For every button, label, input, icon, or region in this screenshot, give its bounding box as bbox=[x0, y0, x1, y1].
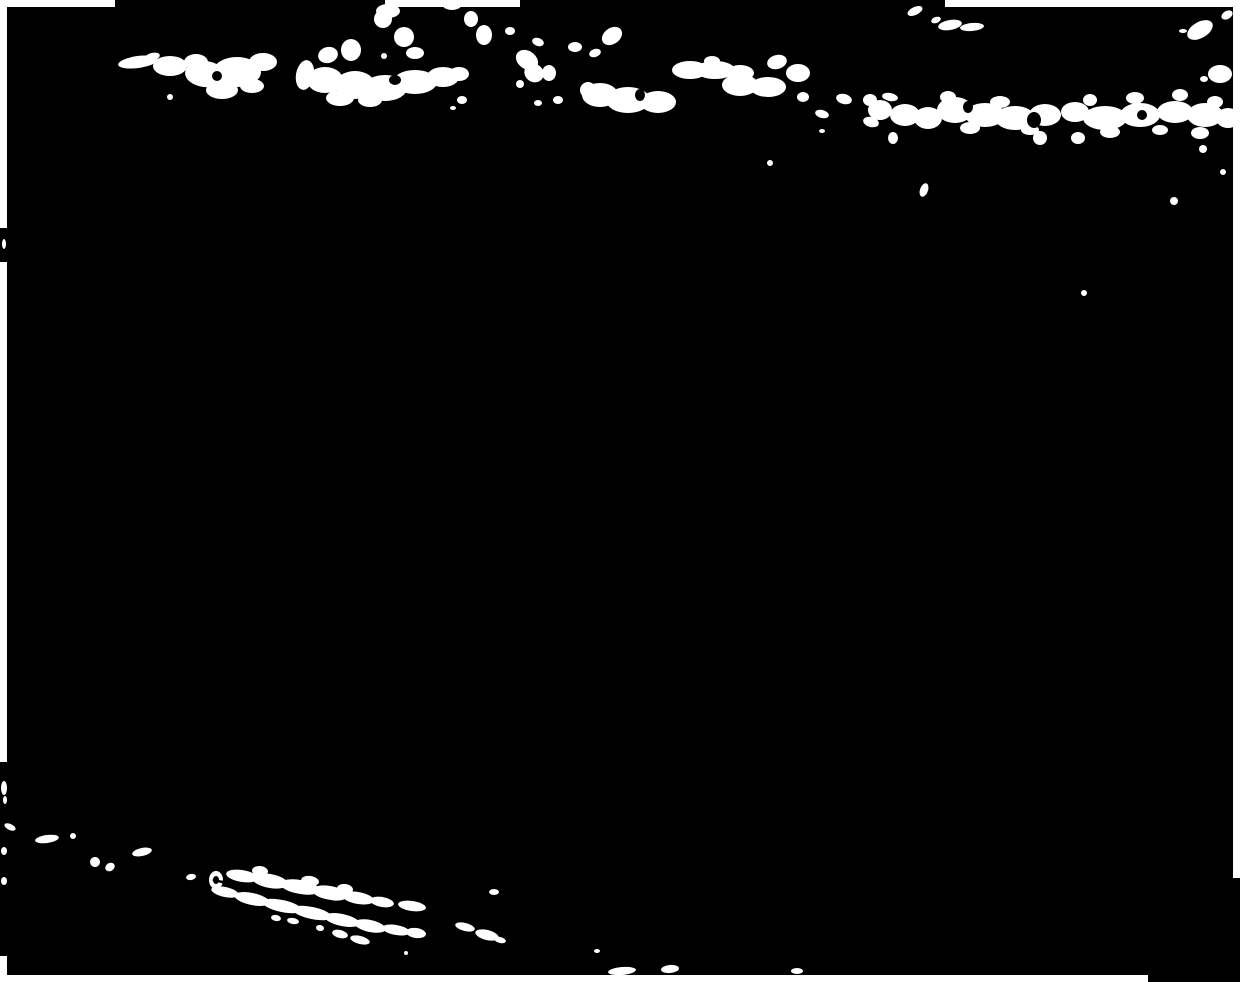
mask-blob-top-cloud-band bbox=[1179, 29, 1187, 33]
mask-hole bbox=[963, 101, 973, 113]
mask-blob-top-cloud-band bbox=[240, 79, 264, 93]
mask-blob-bottom-left-streaks bbox=[70, 833, 76, 839]
mask-hole bbox=[1027, 112, 1041, 128]
mask-blob-top-cloud-band bbox=[153, 56, 187, 76]
mask-blob-bottom-left-streaks bbox=[489, 889, 499, 895]
mask-blob-top-cloud-band bbox=[819, 129, 825, 133]
mask-blob-top-cloud-band bbox=[449, 67, 469, 81]
mask-blob-top-cloud-band bbox=[457, 96, 467, 104]
binary-mask-image bbox=[0, 0, 1240, 982]
mask-blob-top-cloud-band bbox=[1172, 89, 1188, 101]
mask-blob-left-edge-ticks bbox=[3, 796, 7, 804]
mask-blob-top-cloud-band bbox=[1208, 65, 1232, 83]
mask-hole bbox=[212, 71, 222, 81]
mask-blob-top-cloud-band bbox=[797, 92, 809, 102]
mask-blob-top-cloud-band bbox=[1216, 108, 1240, 128]
mask-blob-isolated-dots bbox=[1081, 290, 1087, 296]
mask-blob-top-cloud-band bbox=[358, 93, 382, 107]
mask-blob-top-cloud-band bbox=[394, 27, 414, 47]
border-gap bbox=[520, 0, 945, 8]
mask-blob-top-cloud-band bbox=[960, 122, 980, 134]
mask-blob-top-cloud-band bbox=[542, 65, 556, 81]
mask-blob-top-cloud-band bbox=[1200, 76, 1208, 82]
mask-blob-top-cloud-band bbox=[704, 56, 720, 66]
mask-blob-top-cloud-band bbox=[1191, 127, 1209, 139]
mask-blob-top-cloud-band bbox=[206, 81, 238, 99]
mask-blob-left-edge-ticks bbox=[2, 239, 6, 249]
border-gap bbox=[115, 0, 385, 8]
mask-blob-top-cloud-band bbox=[476, 25, 492, 45]
mask-blob-top-cloud-band bbox=[326, 90, 354, 106]
mask-blob-top-cloud-band bbox=[1199, 145, 1207, 153]
mask-blob-top-cloud-band bbox=[767, 160, 773, 166]
mask-blob-top-cloud-band bbox=[505, 27, 515, 35]
mask-blob-top-cloud-band bbox=[167, 94, 173, 100]
border-gap bbox=[1148, 974, 1240, 982]
mask-blob-top-cloud-band bbox=[1033, 131, 1047, 145]
mask-blob-bottom-edge-marks bbox=[791, 968, 803, 974]
mask-blob-top-cloud-band bbox=[940, 91, 956, 103]
mask-blob-top-cloud-band bbox=[568, 42, 582, 52]
border-gap bbox=[1232, 878, 1240, 982]
mask-blob-left-edge-ticks bbox=[1, 781, 7, 795]
mask-blob-bottom-left-streaks bbox=[404, 951, 408, 955]
mask-hole bbox=[389, 75, 401, 85]
mask-blob-top-cloud-band bbox=[1100, 126, 1120, 138]
mask-blob-top-cloud-band bbox=[381, 53, 387, 59]
mask-blob-left-edge-ticks bbox=[1, 847, 7, 855]
mask-blob-top-cloud-band bbox=[1083, 94, 1097, 106]
mask-blob-top-cloud-band bbox=[534, 100, 542, 106]
mask-blob-top-cloud-band bbox=[1083, 106, 1127, 130]
mask-blob-top-cloud-band bbox=[450, 106, 456, 110]
mask-blob-top-cloud-band bbox=[786, 64, 810, 82]
mask-blob-top-cloud-band bbox=[464, 11, 478, 27]
mask-blob-top-cloud-band bbox=[1220, 169, 1226, 175]
mask-blob-top-cloud-band bbox=[553, 96, 563, 104]
mask-hole bbox=[635, 89, 645, 101]
mask-blob-top-cloud-band bbox=[516, 80, 524, 88]
mask-blob-top-cloud-band bbox=[990, 96, 1010, 108]
mask-blob-top-cloud-band bbox=[1207, 96, 1223, 108]
scanned-figure-page bbox=[0, 0, 1240, 982]
mask-blob-top-cloud-band bbox=[1126, 92, 1144, 104]
mask-background bbox=[7, 7, 1233, 975]
mask-blob-top-cloud-band bbox=[406, 47, 424, 59]
mask-blob-left-edge-ticks bbox=[1, 877, 7, 885]
mask-blob-top-cloud-band bbox=[750, 77, 786, 97]
mask-blob-top-cloud-band bbox=[863, 94, 877, 106]
mask-blob-top-cloud-band bbox=[249, 53, 277, 71]
mask-blob-top-cloud-band bbox=[1152, 125, 1168, 135]
mask-blob-top-cloud-band bbox=[341, 39, 361, 61]
mask-blob-top-cloud-band bbox=[888, 132, 898, 144]
mask-blob-top-cloud-band bbox=[640, 91, 676, 113]
mask-blob-bottom-left-streaks bbox=[594, 949, 600, 953]
mask-blob-top-cloud-band bbox=[374, 10, 392, 28]
mask-blob-top-cloud-band bbox=[1170, 197, 1178, 205]
mask-blob-top-cloud-band bbox=[1071, 132, 1085, 144]
mask-hole bbox=[1137, 110, 1147, 120]
